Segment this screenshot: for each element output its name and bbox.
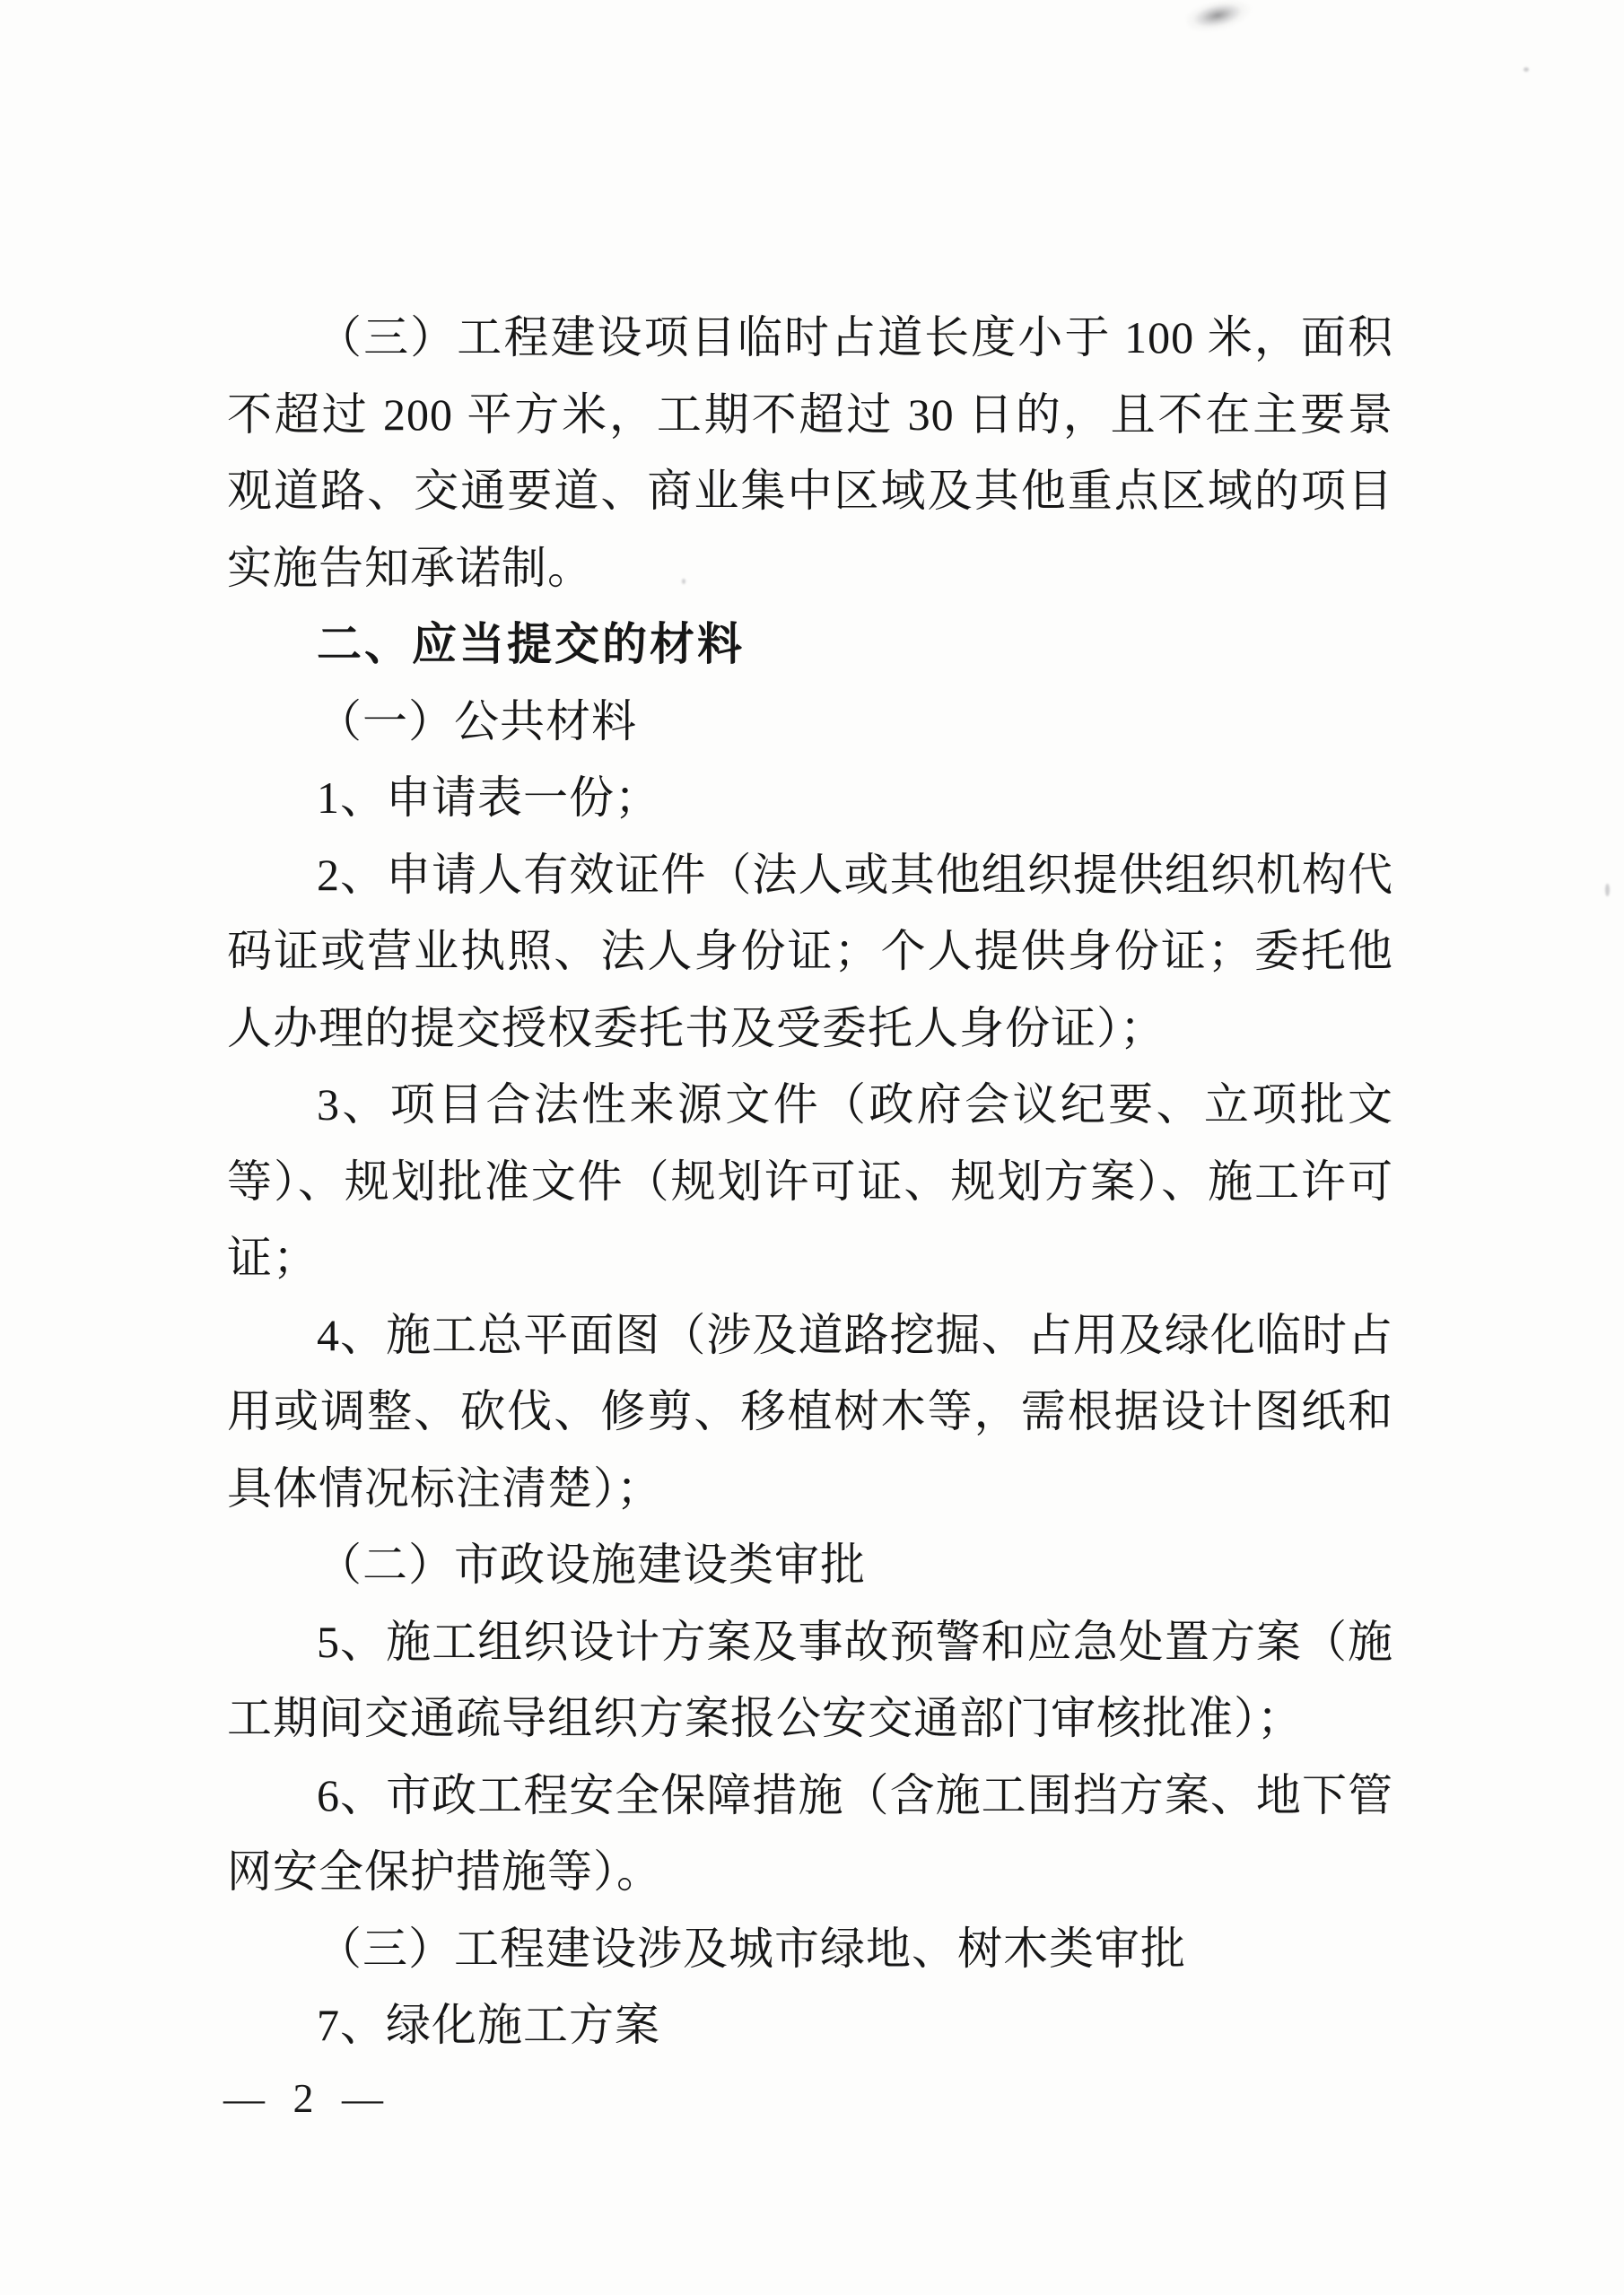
scan-speck — [1605, 884, 1610, 896]
subheading-municipal-facilities-approval: （二）市政设施建设类审批 — [227, 1527, 1393, 1604]
list-item-4-site-plan: 4、施工总平面图（涉及道路挖掘、占用及绿化临时占用或调整、砍伐、修剪、移植树木等… — [227, 1297, 1393, 1528]
list-item-3-legality-documents: 3、项目合法性来源文件（政府会议纪要、立项批文等）、规划批准文件（规划许可证、规… — [227, 1067, 1393, 1297]
list-item-7-greening-plan: 7、绿化施工方案 — [227, 1987, 1393, 2064]
list-item-1-application-form: 1、申请表一份； — [227, 760, 1393, 837]
page-number: — 2 — — [223, 2074, 392, 2122]
subheading-common-materials: （一）公共材料 — [227, 684, 1393, 761]
list-item-2-valid-credentials: 2、申请人有效证件（法人或其他组织提供组织机构代码证或营业执照、法人身份证；个人… — [227, 837, 1393, 1068]
document-body: （三）工程建设项目临时占道长度小于 100 米，面积不超过 200 平方米，工期… — [227, 300, 1393, 2064]
list-item-5-construction-org-plan: 5、施工组织设计方案及事故预警和应急处置方案（施工期间交通疏导组织方案报公安交通… — [227, 1604, 1393, 1758]
subheading-greenery-trees-approval: （三）工程建设涉及城市绿地、树木类审批 — [227, 1911, 1393, 1988]
list-item-6-safety-measures: 6、市政工程安全保障措施（含施工围挡方案、地下管网安全保护措施等）。 — [227, 1758, 1393, 1911]
scan-speck — [1524, 67, 1529, 72]
paragraph-clause-3-notice: （三）工程建设项目临时占道长度小于 100 米，面积不超过 200 平方米，工期… — [227, 300, 1393, 606]
heading-section-2-materials: 二、应当提交的材料 — [227, 606, 1393, 684]
document-page: （三）工程建设项目临时占道长度小于 100 米，面积不超过 200 平方米，工期… — [0, 0, 1624, 2295]
scan-smudge-artifact — [1183, 0, 1267, 39]
